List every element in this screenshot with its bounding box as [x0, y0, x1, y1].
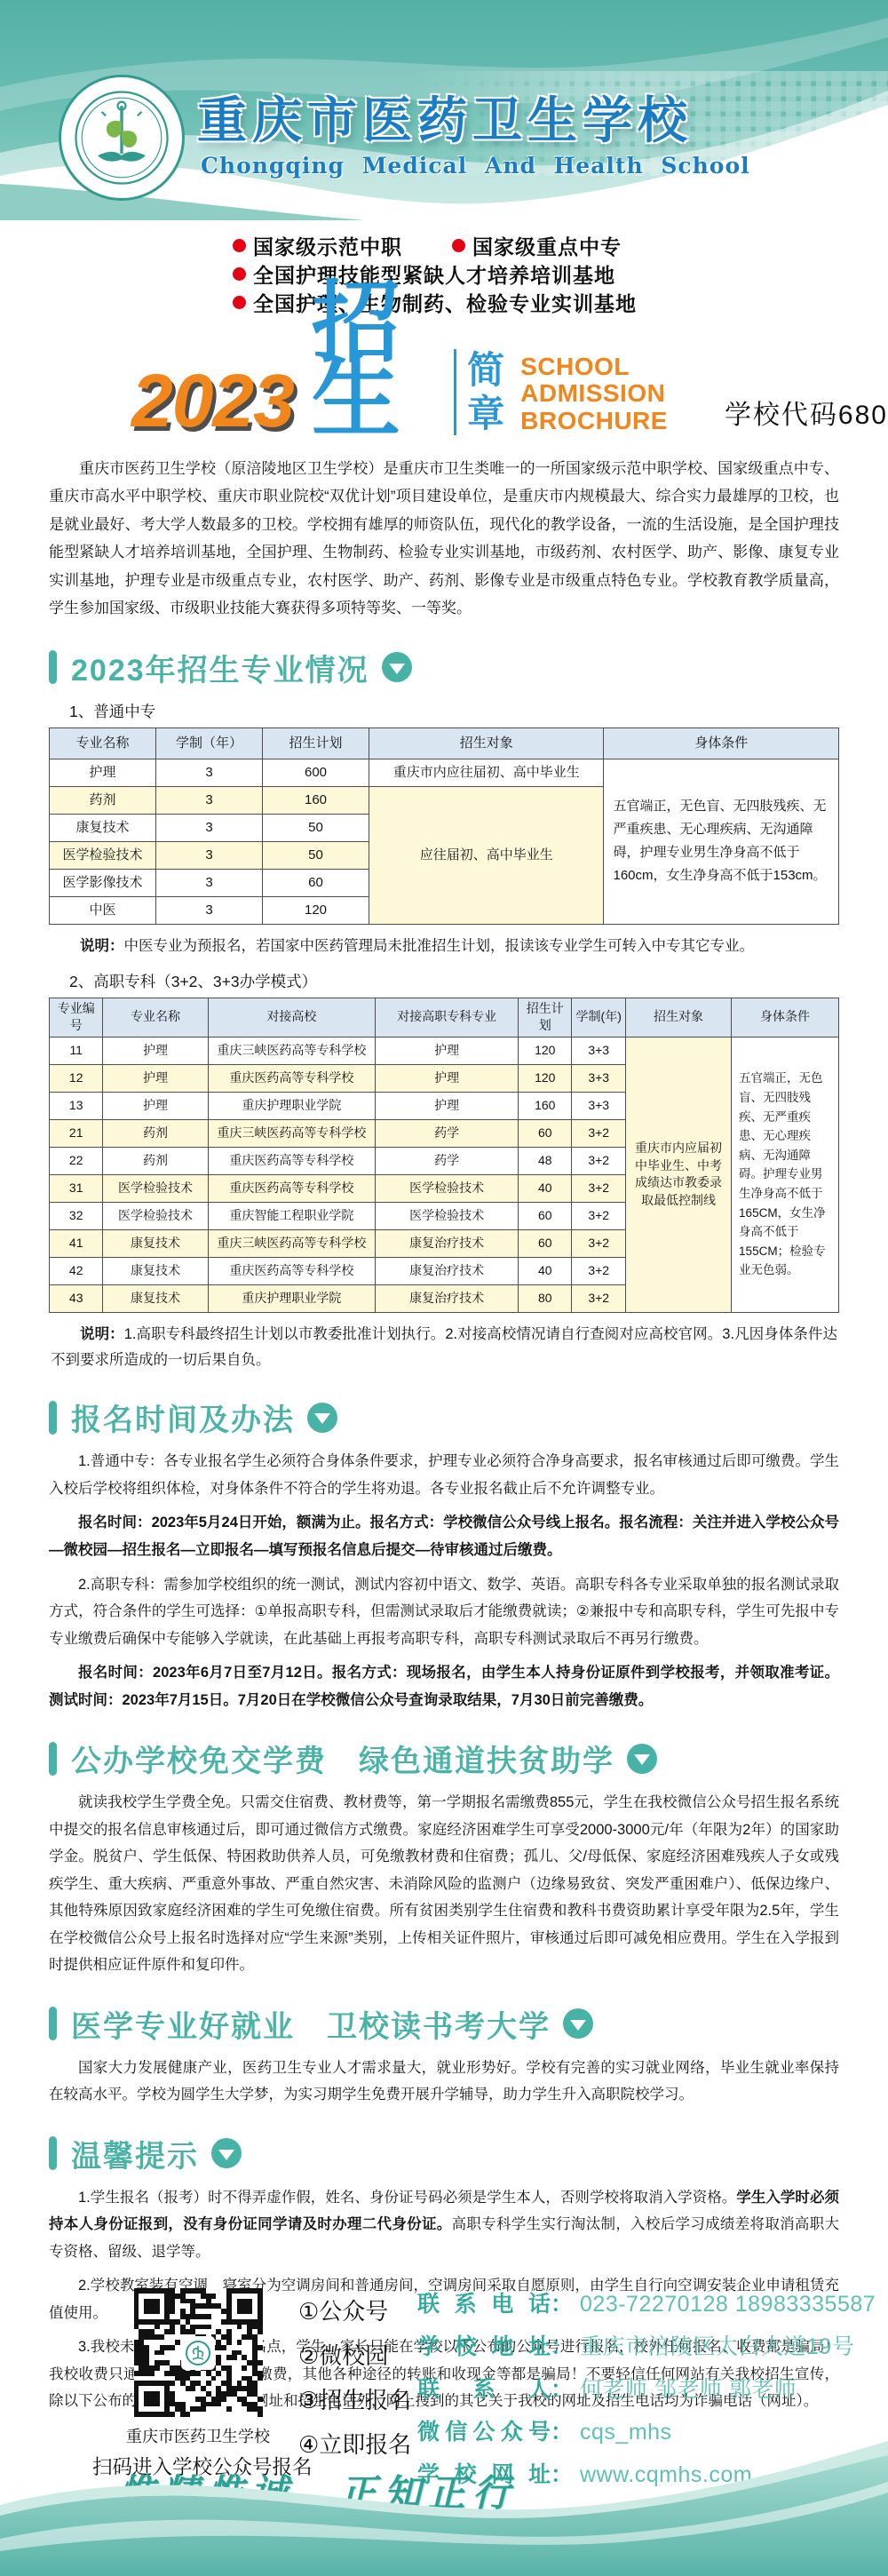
note-label: 说明： — [80, 938, 124, 954]
table-cell: 40 — [519, 1257, 572, 1284]
table-cell: 康复治疗技术 — [376, 1257, 519, 1284]
table-cell: 医学检验技术 — [376, 1174, 519, 1202]
table-cell: 重庆医药高等专科学校 — [208, 1257, 375, 1284]
badge-item: 全国护理技能型紧缺人才培养培训基地 — [233, 259, 615, 289]
badge-text: 全国护理技能型紧缺人才培养培训基地 — [253, 259, 615, 289]
table-cell: 重庆护理职业学院 — [208, 1284, 375, 1312]
table-cell: 医学检验技术 — [103, 1174, 208, 1202]
brochure-en-line2: ADMISSION — [520, 380, 668, 408]
qr-module — [149, 2371, 155, 2376]
contact-value: 重庆市涪陵区太白大道19号 — [580, 2329, 854, 2361]
table-cell: 32 — [50, 1202, 103, 1229]
down-arrow-icon — [382, 652, 412, 682]
school-logo — [59, 75, 185, 201]
column-header: 对接高校 — [208, 998, 375, 1037]
table-cell: 重庆护理职业学院 — [208, 1092, 375, 1119]
badge-item: 国家级示范中职 — [233, 231, 402, 260]
target-cell: 重庆市内应届初中毕业生、中考成绩达市教委录取最低控制线 — [625, 1037, 731, 1312]
table-cell: 护理 — [376, 1037, 519, 1064]
school-logo-emblem — [72, 88, 171, 187]
brochure-title: 2023 招生 简 章 SCHOOL ADMISSION BROCHURE 学校… — [131, 338, 888, 435]
section-title: 医学专业好就业 卫校读书考大学 — [71, 2002, 551, 2046]
column-header: 招生对象 — [625, 998, 731, 1037]
signup-step: ①公众号 — [298, 2290, 411, 2334]
bullet-dot-icon — [233, 296, 246, 309]
contact-label: 联系电话 — [417, 2286, 551, 2318]
table-cell: 护理 — [103, 1064, 208, 1092]
down-arrow-icon — [563, 2008, 593, 2039]
table-cell: 3 — [156, 896, 263, 924]
table-row: 11护理重庆三峡医药高等专科学校护理1203+3重庆市内应届初中毕业生、中考成绩… — [50, 1037, 839, 1064]
column-header: 招生计划 — [263, 727, 369, 759]
badge-text: 国家级示范中职 — [253, 231, 402, 260]
qr-module — [170, 2309, 175, 2314]
target-cell: 应往届初、高中毕业生 — [369, 786, 604, 924]
target-cell: 重庆市内应往届初、高中毕业生 — [369, 759, 604, 786]
body-requirement-cell: 五官端正，无色盲、无四肢残疾、无严重疾患、无心理疾病、无沟通障碍，护理专业男生净… — [604, 759, 839, 924]
table-cell: 康复技术 — [103, 1229, 208, 1257]
table-cell: 11 — [50, 1037, 103, 1064]
table-cell: 3 — [156, 759, 263, 786]
table-cell: 3+2 — [572, 1147, 625, 1174]
footer-wave-graphic — [0, 2381, 888, 2576]
contact-colon: ： — [551, 2286, 573, 2318]
table-cell: 3 — [156, 786, 263, 814]
table-cell: 160 — [519, 1092, 572, 1119]
section-title: 温馨提示 — [71, 2132, 199, 2175]
brochure-year: 2023 — [131, 367, 294, 435]
qr-module — [258, 2360, 263, 2365]
qr-module — [155, 2309, 160, 2314]
down-arrow-icon — [211, 2138, 242, 2168]
footer: 重庆市医药卫生学校 扫码进入学校公众号报名 ①公众号②微校园③招生报名④立即报名… — [0, 2265, 888, 2576]
table-cell: 护理 — [103, 1037, 208, 1064]
section-title: 公办学校免交学费 绿色通道扶贫助学 — [71, 1737, 614, 1780]
signup-paragraph-4: 报名时间：2023年6月7日至7月12日。报名方式：现场报名，由学生本人持身份证… — [49, 1659, 839, 1713]
table-cell: 3+3 — [572, 1092, 625, 1119]
gaozhi-table: 专业编号专业名称对接高校对接高职专科专业招生计划学制(年)招生对象身体条件11护… — [49, 998, 839, 1313]
table2-note: 说明：1.高职专科最终招生计划以市教委批准计划执行。2.对接高校情况请自行查阅对… — [51, 1322, 837, 1373]
qr-center-logo — [181, 2336, 215, 2370]
table-cell: 康复技术 — [103, 1284, 208, 1312]
table-cell: 50 — [263, 814, 369, 841]
table-cell: 160 — [263, 786, 369, 814]
table-cell: 22 — [50, 1147, 103, 1174]
table-cell: 60 — [519, 1119, 572, 1147]
heading-bar — [49, 2007, 57, 2040]
contact-label: 学校地址 — [417, 2329, 551, 2361]
column-header: 身体条件 — [732, 998, 839, 1037]
school-name-en: Chongqing Medical And Health School — [201, 153, 750, 179]
table-cell: 康复技术 — [50, 814, 156, 841]
table-cell: 药学 — [376, 1119, 519, 1147]
qr-module — [258, 2329, 263, 2334]
table-cell: 3+2 — [572, 1174, 625, 1202]
qr-logo-emblem — [185, 2340, 211, 2366]
school-name-cn: 重庆市医药卫生学校 — [197, 82, 693, 153]
badge-text: 全国护理、生物制药、检验专业实训基地 — [253, 288, 637, 317]
qr-module — [211, 2294, 217, 2299]
table-cell: 护理 — [376, 1092, 519, 1119]
table-cell: 60 — [263, 869, 369, 896]
brochure-page: 重庆市医药卫生学校 Chongqing Medical And Health S… — [0, 0, 888, 2576]
school-code: 学校代码680 — [725, 393, 888, 432]
table-cell: 医学检验技术 — [103, 1202, 208, 1229]
table-cell: 60 — [519, 1229, 572, 1257]
zhongzhuan-table: 专业名称学制（年）招生计划招生对象身体条件护理3600重庆市内应往届初、高中毕业… — [49, 727, 839, 925]
table-cell: 康复治疗技术 — [376, 1229, 519, 1257]
table-cell: 3+2 — [572, 1229, 625, 1257]
table-cell: 重庆医药高等专科学校 — [208, 1064, 375, 1092]
qr-module — [155, 2365, 160, 2371]
column-header: 专业名称 — [50, 727, 156, 759]
table-cell: 41 — [50, 1229, 103, 1257]
contact-colon: ： — [551, 2329, 573, 2361]
qr-module — [206, 2314, 211, 2319]
table-cell: 40 — [519, 1174, 572, 1202]
table-cell: 12 — [50, 1064, 103, 1092]
signup-step: ②微校园 — [298, 2334, 411, 2379]
qr-module — [195, 2371, 201, 2376]
column-header: 专业编号 — [50, 998, 103, 1037]
intro-paragraph: 重庆市医药卫生学校（原涪陵地区卫生学校）是重庆市卫生类唯一的一所国家级示范中职学… — [49, 455, 839, 623]
table-cell: 3+2 — [572, 1119, 625, 1147]
table-cell: 医学检验技术 — [376, 1202, 519, 1229]
table-cell: 42 — [50, 1257, 103, 1284]
qr-module — [242, 2365, 247, 2371]
signup-paragraph-3: 2.高职专科：需参加学校组织的统一测试，测试内容初中语文、数学、英语。高职专科各… — [49, 1571, 839, 1653]
table-header-row: 专业编号专业名称对接高校对接高职专科专业招生计划学制(年)招生对象身体条件 — [50, 998, 839, 1037]
column-header: 专业名称 — [103, 998, 208, 1037]
table1-note: 说明：中医专业为预报名，若国家中医药管理局未批准招生计划，报读该专业学生可转入中… — [51, 934, 837, 959]
table-cell: 3+3 — [572, 1037, 625, 1064]
table-cell: 48 — [519, 1147, 572, 1174]
qr-module — [232, 2355, 237, 2360]
table-cell: 13 — [50, 1092, 103, 1119]
table-header-row: 专业名称学制（年）招生计划招生对象身体条件 — [50, 727, 839, 759]
qr-module — [170, 2329, 175, 2334]
brochure-zhang: 章 — [467, 393, 504, 435]
table-cell: 药剂 — [50, 786, 156, 814]
qr-module — [221, 2345, 226, 2350]
qr-module — [216, 2371, 221, 2376]
heading-bar — [49, 1742, 57, 1776]
free-paragraph: 就读我校学生学费全免。只需交住宿费、教材费等，第一学期报名需缴费855元，学生在… — [49, 1789, 839, 1979]
bullet-dot-icon — [452, 239, 465, 252]
qr-module — [258, 2345, 263, 2350]
table-cell: 重庆智能工程职业学院 — [208, 1202, 375, 1229]
signup-paragraph-2: 报名时间：2023年5月24日开始，额满为止。报名方式：学校微信公众号线上报名。… — [49, 1509, 839, 1563]
qr-module — [160, 2334, 165, 2340]
badge-item: 国家级重点中专 — [452, 231, 622, 260]
employ-paragraph: 国家大力发展健康产业，医药卫生专业人才需求量大，就业形势好。学校有完善的实习就业… — [49, 2055, 839, 2109]
note-text: 中医专业为预报名，若国家中医药管理局未批准招生计划，报读该专业学生可转入中专其它… — [124, 938, 755, 954]
table-cell: 120 — [519, 1064, 572, 1092]
table-cell: 3+2 — [572, 1284, 625, 1312]
brochure-en-line1: SCHOOL — [520, 354, 668, 381]
brochure-zhaosheng: 招生 — [312, 286, 440, 435]
table-cell: 3 — [156, 869, 263, 896]
qr-module — [206, 2325, 211, 2330]
table-cell: 600 — [263, 759, 369, 786]
qr-module — [170, 2345, 175, 2350]
qr-module — [237, 2325, 242, 2330]
section-employ-heading: 医学专业好就业 卫校读书考大学 — [49, 2002, 839, 2046]
column-header: 学制（年） — [156, 727, 263, 759]
qr-module — [175, 2340, 180, 2345]
section-title: 2023年招生专业情况 — [71, 646, 369, 689]
table-cell: 护理 — [50, 759, 156, 786]
column-header: 招生计划 — [519, 998, 572, 1037]
table-cell: 120 — [519, 1037, 572, 1064]
section-signup-heading: 报名时间及办法 — [49, 1395, 839, 1439]
table-cell: 重庆医药高等专科学校 — [208, 1147, 375, 1174]
section-admissions-heading: 2023年招生专业情况 — [49, 646, 839, 689]
table-cell: 31 — [50, 1174, 103, 1202]
table-cell: 43 — [50, 1284, 103, 1312]
heading-bar — [49, 1401, 57, 1435]
table-cell: 护理 — [103, 1092, 208, 1119]
table-cell: 80 — [519, 1284, 572, 1312]
tips-item-1: 1.学生报名（报考）时不得弄虚作假，姓名、身份证号码必须是学生本人，否则学校将取… — [49, 2184, 839, 2266]
table-cell: 3+2 — [572, 1257, 625, 1284]
qr-module — [226, 2340, 232, 2345]
table-cell: 护理 — [376, 1064, 519, 1092]
table-cell: 重庆三峡医药高等专科学校 — [208, 1037, 375, 1064]
note-text: 1.高职专科最终招生计划以市教委批准计划执行。2.对接高校情况请自行查阅对应高校… — [51, 1326, 837, 1368]
qr-module — [247, 2309, 252, 2314]
column-header: 招生对象 — [369, 727, 604, 759]
table-cell: 医学影像技术 — [50, 869, 156, 896]
table2-label: 2、高职专科（3+2、3+3办学模式） — [69, 970, 839, 992]
table-cell: 康复技术 — [103, 1257, 208, 1284]
table-cell: 医学检验技术 — [50, 841, 156, 869]
qr-module — [237, 2340, 242, 2345]
contact-row: 联系电话：023-72270128 18983335587 — [417, 2286, 861, 2318]
body-requirement-cell: 五官端正，无色盲、无四肢残疾、无严重疾患、无心理疾病、无沟通障碍。护理专业男生净… — [732, 1037, 839, 1312]
section-tips-heading: 温馨提示 — [49, 2132, 839, 2175]
note-label: 说明： — [80, 1326, 124, 1342]
badge-text: 国家级重点中专 — [472, 231, 622, 260]
column-header: 对接高职专科专业 — [376, 998, 519, 1037]
bullet-dot-icon — [233, 239, 246, 252]
down-arrow-icon — [307, 1403, 337, 1433]
qr-module — [155, 2325, 160, 2330]
table-cell: 21 — [50, 1119, 103, 1147]
table-cell: 康复治疗技术 — [376, 1284, 519, 1312]
table-cell: 3 — [156, 841, 263, 869]
section-title: 报名时间及办法 — [71, 1395, 295, 1439]
contact-row: 学校地址：重庆市涪陵区太白大道19号 — [417, 2329, 861, 2361]
bullet-dot-icon — [233, 267, 246, 281]
header-hero: 重庆市医药卫生学校 Chongqing Medical And Health S… — [0, 0, 888, 220]
brochure-jianzhang: 简 章 — [454, 349, 504, 435]
table-cell: 3 — [156, 814, 263, 841]
heading-bar — [49, 2136, 57, 2170]
heading-bar — [49, 650, 57, 684]
table-row: 护理3600重庆市内应往届初、高中毕业生五官端正，无色盲、无四肢残疾、无严重疾患… — [50, 759, 839, 786]
table1-label: 1、普通中专 — [69, 700, 839, 722]
table-cell: 药剂 — [103, 1119, 208, 1147]
contact-value: 023-72270128 18983335587 — [580, 2292, 876, 2318]
table-cell: 重庆三峡医药高等专科学校 — [208, 1119, 375, 1147]
section-free-heading: 公办学校免交学费 绿色通道扶贫助学 — [49, 1737, 839, 1780]
table-cell: 重庆三峡医药高等专科学校 — [208, 1229, 375, 1257]
table-cell: 60 — [519, 1202, 572, 1229]
brochure-jian: 简 — [467, 349, 504, 392]
tips-text: 1.学生报名（报考）时不得弄虚作假，姓名、身份证号码必须是学生本人，否则学校将取… — [78, 2190, 736, 2206]
brochure-en-line3: BROCHURE — [520, 408, 668, 435]
table-cell: 药学 — [376, 1147, 519, 1174]
table-cell: 3+2 — [572, 1202, 625, 1229]
table-cell: 50 — [263, 841, 369, 869]
down-arrow-icon — [627, 1744, 657, 1774]
table-cell: 3+3 — [572, 1064, 625, 1092]
column-header: 身体条件 — [604, 727, 839, 759]
table-cell: 重庆医药高等专科学校 — [208, 1174, 375, 1202]
brochure-english: SCHOOL ADMISSION BROCHURE — [520, 354, 668, 435]
signup-paragraph-1: 1.普通中专：各专业报名学生必须符合身体条件要求，护理专业必须符合净身高要求，报… — [49, 1448, 839, 1502]
badge-line: 国家级示范中职国家级重点中专 — [233, 231, 888, 259]
table-cell: 中医 — [50, 896, 156, 924]
table-cell: 药剂 — [103, 1147, 208, 1174]
table-cell: 120 — [263, 896, 369, 924]
column-header: 学制(年) — [572, 998, 625, 1037]
qr-module — [160, 2350, 165, 2356]
